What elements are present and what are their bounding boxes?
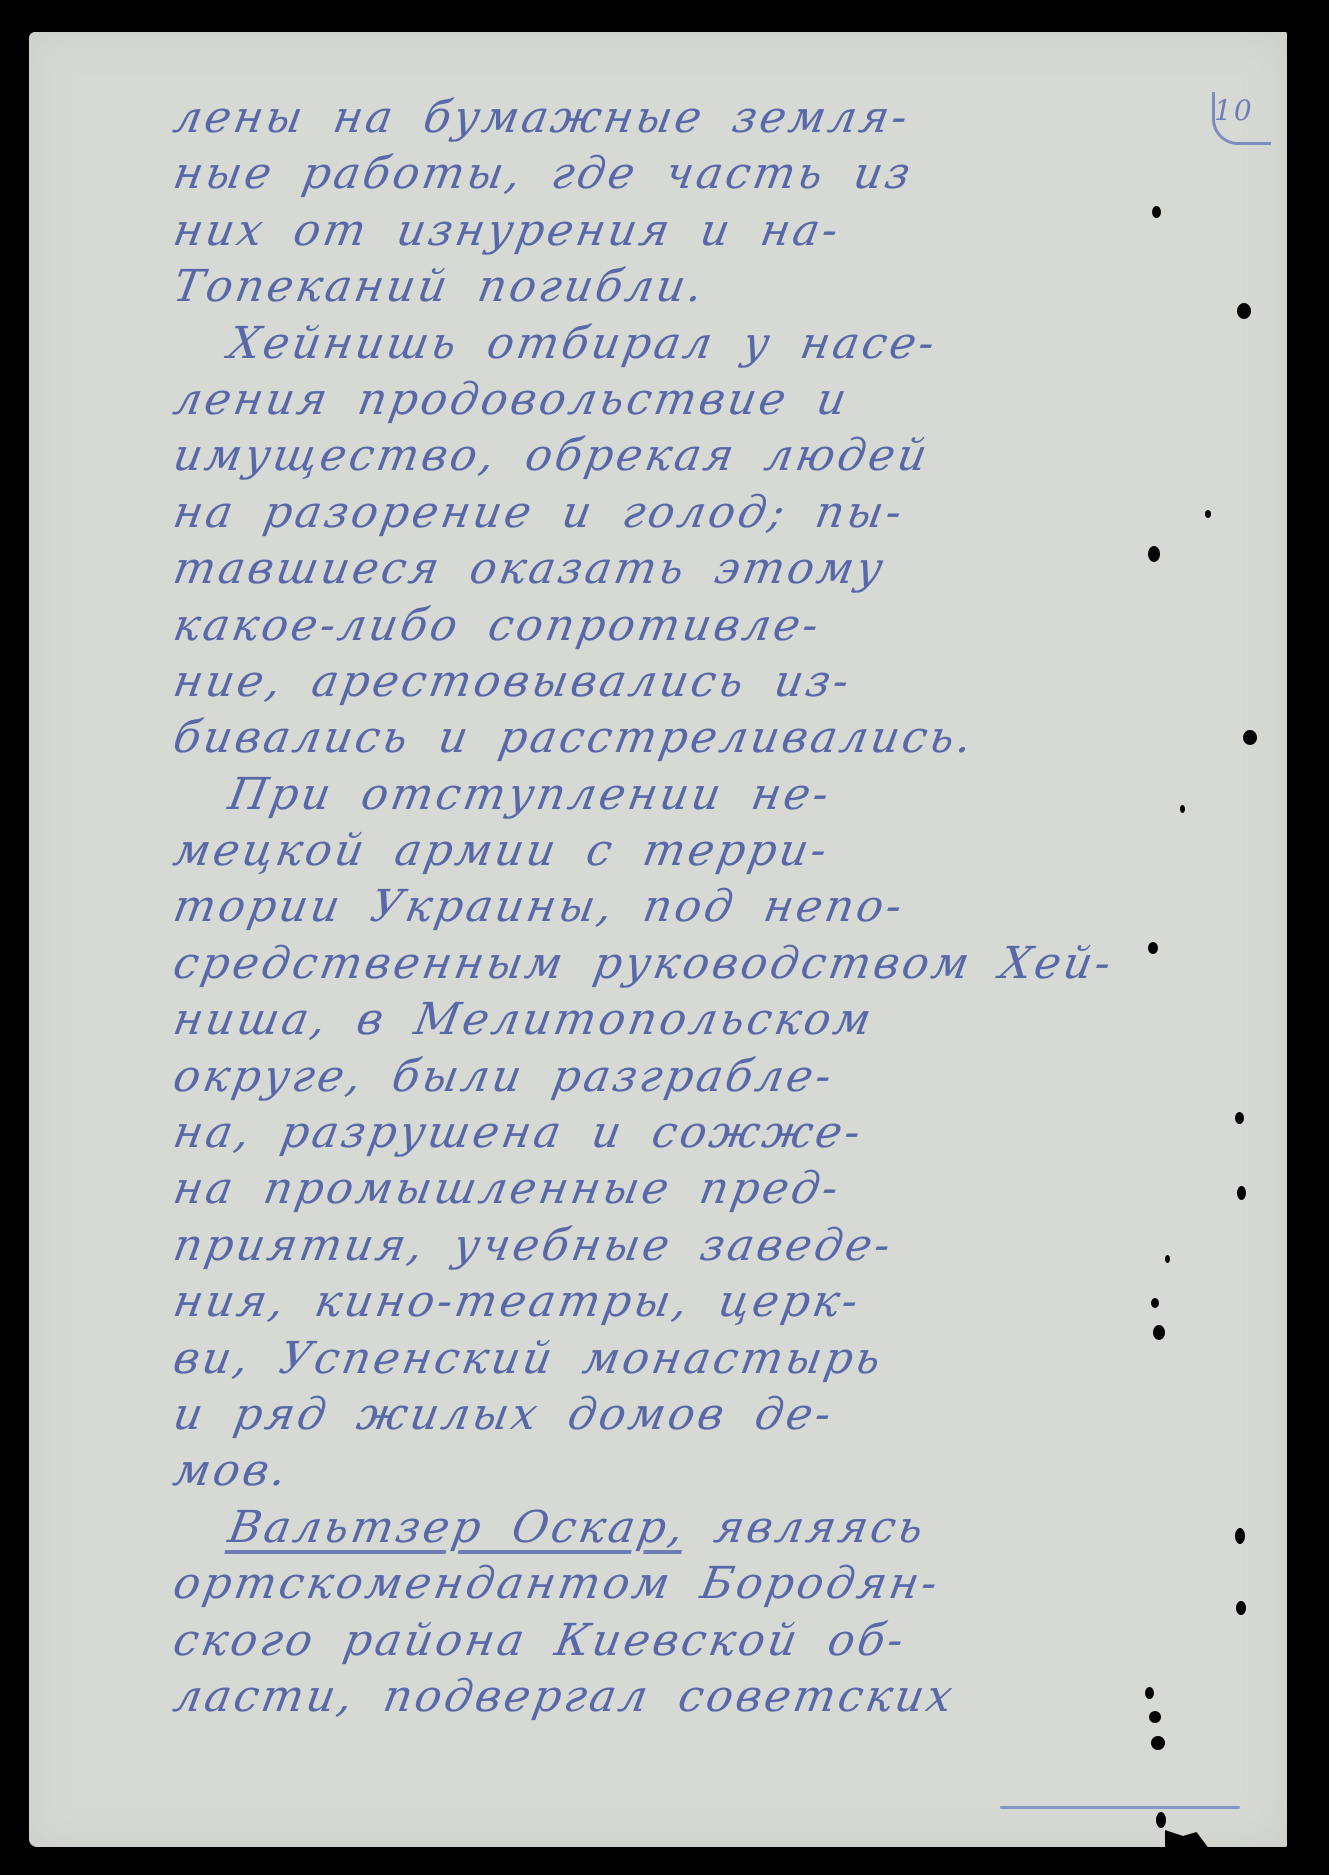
ink-rule-line: [1000, 1806, 1240, 1809]
punch-hole: [1235, 1112, 1244, 1124]
punch-hole: [1153, 1325, 1165, 1340]
punch-hole: [1237, 303, 1251, 319]
text-line: ние, арестовывались из-: [169, 654, 1279, 710]
punch-hole: [1149, 1711, 1161, 1723]
paragraph-start-line: Вальтзер Оскар, являясь: [169, 1500, 1279, 1556]
text-line: ниша, в Мелитопольском: [169, 992, 1279, 1048]
text-line: ортскомендантом Бородян-: [169, 1556, 1279, 1612]
paragraph-start-line: Хейнишь отбирал у насе-: [169, 316, 1279, 372]
punch-hole: [1145, 1687, 1154, 1699]
text-line: округе, были разграбле-: [169, 1049, 1279, 1105]
punch-hole: [1205, 510, 1211, 518]
punch-hole: [1165, 1255, 1170, 1263]
punch-hole: [1237, 1186, 1246, 1200]
handwritten-text: лены на бумажные земля- ные работы, где …: [169, 90, 1269, 1725]
text-line: ласти, подвергал советских: [169, 1669, 1279, 1725]
underlined-name: Вальтзер Оскар,: [225, 1502, 691, 1553]
text-line: лены на бумажные земля-: [169, 90, 1279, 146]
punch-hole: [1180, 805, 1185, 813]
text-line: них от изнурения и на-: [169, 203, 1279, 259]
text-line: ния, кино-театры, церк-: [169, 1274, 1279, 1330]
text-line: мов.: [169, 1443, 1279, 1499]
text-line: средственным руководством Хей-: [169, 936, 1279, 992]
punch-hole: [1236, 1601, 1246, 1615]
paragraph-start-line: При отступлении не-: [169, 767, 1279, 823]
text-line: мецкой армии с терри-: [169, 823, 1279, 879]
text-line: на разорение и голод; пы-: [169, 485, 1279, 541]
text-line: Топеканий погибли.: [169, 259, 1279, 315]
text-line: ления продовольствие и: [169, 372, 1279, 428]
punch-hole: [1156, 1812, 1166, 1828]
text-line: ные работы, где часть из: [169, 146, 1279, 202]
text-line: бивались и расстреливались.: [169, 710, 1279, 766]
text-line: тории Украины, под непо-: [169, 879, 1279, 935]
text-line: ви, Успенский монастырь: [169, 1331, 1279, 1387]
punch-hole: [1152, 206, 1161, 218]
punch-hole: [1148, 942, 1158, 954]
text-line: имущество, обрекая людей: [169, 428, 1279, 484]
text-line: на, разрушена и сожже-: [169, 1105, 1279, 1161]
text-line: и ряд жилых домов де-: [169, 1387, 1279, 1443]
document-page: 10 лены на бумажные земля- ные работы, г…: [29, 32, 1287, 1847]
punch-hole: [1151, 1298, 1159, 1308]
punch-hole: [1151, 1736, 1165, 1750]
text-line: ского района Киевской об-: [169, 1613, 1279, 1669]
punch-hole: [1243, 730, 1257, 745]
punch-hole: [1235, 1528, 1245, 1544]
text-line: приятия, учебные заведе-: [169, 1218, 1279, 1274]
punch-hole: [1148, 546, 1160, 562]
text-line: какое-либо сопротивле-: [169, 598, 1279, 654]
text-line: тавшиеся оказать этому: [169, 541, 1279, 597]
text-line: на промышленные пред-: [169, 1161, 1279, 1217]
